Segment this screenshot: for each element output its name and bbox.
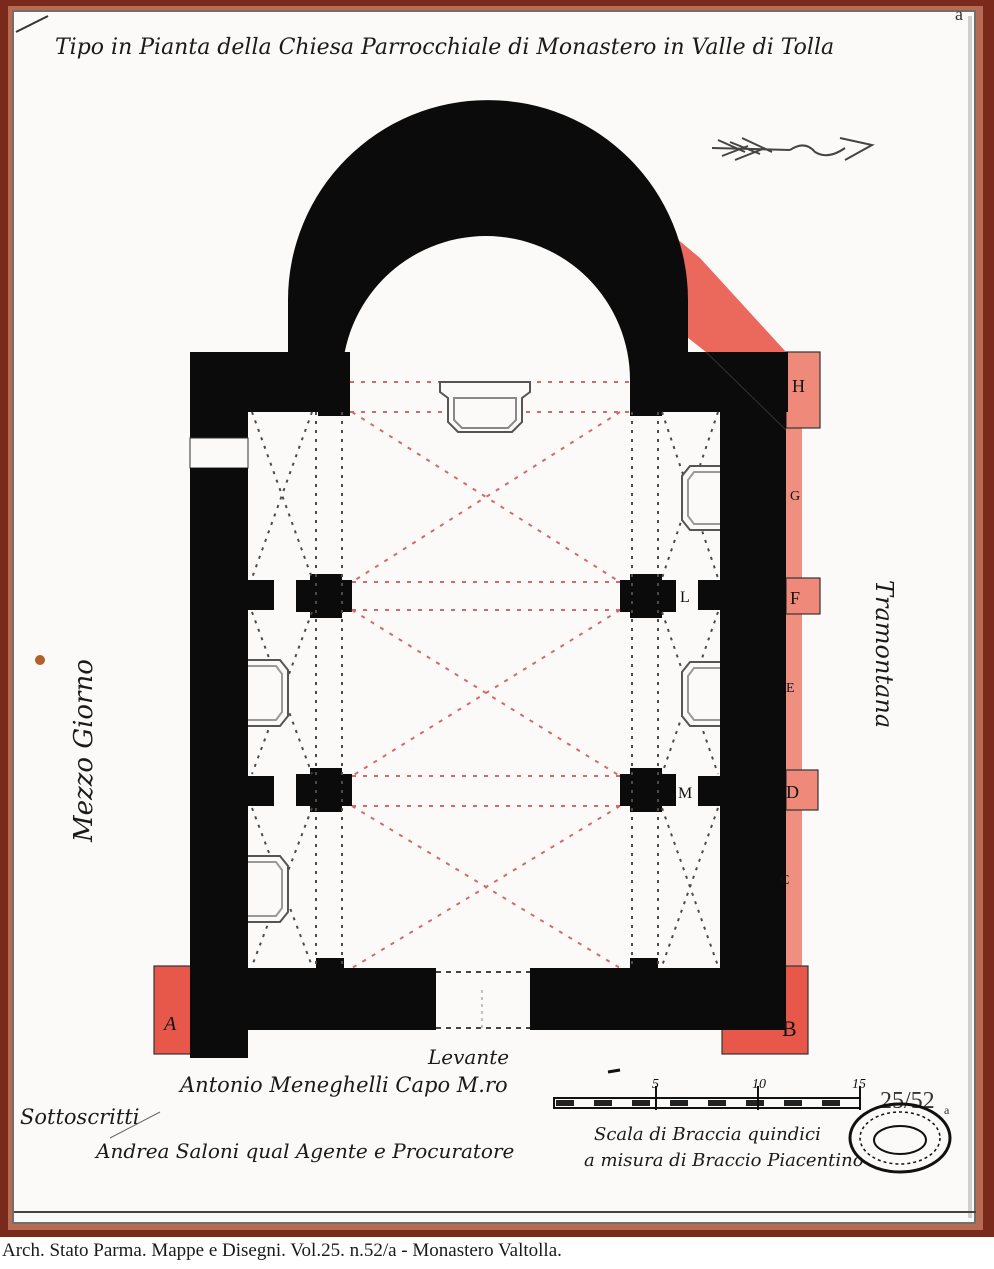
orientation-right-label: Tramontana — [870, 580, 898, 728]
corner-label-A: A — [162, 1013, 177, 1035]
document-title: Tipo in Pianta della Chiesa Parrocchiale… — [55, 35, 834, 60]
corner-label-C: C — [780, 873, 789, 888]
catalog-suffix: a — [944, 1103, 950, 1117]
pier-apse-left — [318, 380, 350, 416]
side-altar-left-upper-icon — [248, 660, 288, 726]
pier-label-L: L — [680, 589, 690, 606]
church-floor-plan: Tipo in Pianta della Chiesa Parrocchiale… — [0, 0, 994, 1237]
signature-agent: Andrea Saloni qual Agente e Procuratore — [94, 1139, 514, 1163]
scale-text-line2: a misura di Braccio Piacentino — [584, 1150, 864, 1171]
signature-subscribed-label: Sottoscritti — [20, 1105, 139, 1129]
side-altar-right-upper-icon — [682, 466, 720, 530]
compass-arrow-icon — [712, 138, 872, 160]
corner-label-F: F — [790, 588, 800, 608]
corner-label-E: E — [786, 681, 795, 696]
wall-bottom-left — [190, 968, 436, 1030]
pier-apse-right — [630, 380, 662, 416]
corner-mark — [16, 16, 48, 32]
corner-label-G: G — [790, 489, 800, 504]
image-caption: Arch. Stato Parma. Mappe e Disegni. Vol.… — [2, 1240, 562, 1262]
scale-tick-5: 5 — [652, 1077, 659, 1092]
corner-label-D: D — [786, 782, 799, 802]
wall-left-top — [190, 352, 248, 438]
side-altar-right-lower-icon — [682, 662, 720, 726]
corner-label-H: H — [792, 376, 805, 396]
corner-label-B: B — [782, 1016, 797, 1041]
pier-label-M: M — [678, 785, 692, 802]
window-opening-left — [190, 438, 248, 468]
scale-bar — [554, 1070, 860, 1110]
scale-tick-15: 15 — [852, 1077, 866, 1092]
orientation-bottom-label: Levante — [427, 1045, 509, 1069]
scale-tick-10: 10 — [752, 1077, 766, 1092]
scale-text-line1: Scala di Braccia quindici — [594, 1124, 821, 1145]
ink-spot — [35, 655, 45, 665]
signature-author: Antonio Meneghelli Capo M.ro — [178, 1073, 508, 1097]
vault-lines-red — [350, 382, 630, 968]
pier-base-left — [316, 958, 344, 972]
archive-stamp-icon — [850, 1104, 950, 1172]
side-altar-left-lower-icon — [248, 856, 288, 922]
pier-base-right — [630, 958, 658, 972]
orientation-left-label: Mezzo Giorno — [69, 659, 99, 843]
main-altar-icon — [440, 382, 530, 432]
apse-wall — [288, 100, 688, 380]
wall-bottom-right — [530, 968, 786, 1030]
